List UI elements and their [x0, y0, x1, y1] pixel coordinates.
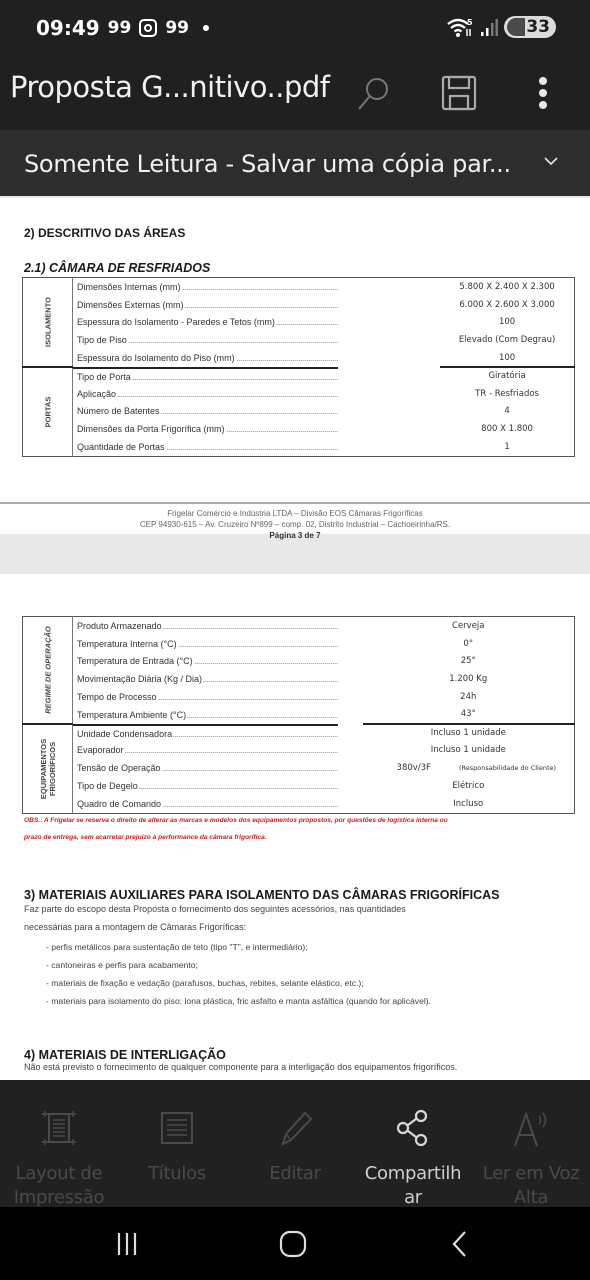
spec-label: Produto Armazenado .....................…: [73, 617, 338, 635]
spec-label: Espessura do Isolamento - Paredes e Teto…: [73, 314, 338, 332]
read-only-banner[interactable]: Somente Leitura - Salvar uma cópia par..…: [0, 130, 590, 196]
status-left: 09:49 99 99: [36, 16, 209, 40]
spec-value: Elevado (Com Degrau): [440, 331, 574, 349]
spec-value: Cerveja: [363, 617, 575, 635]
spec-label: Número de Batentes......................…: [73, 403, 338, 421]
tool-label: Compartilhar: [365, 1162, 461, 1210]
spec-value: 43°: [363, 706, 575, 724]
spec-label: Movimentação Diária (Kg / Dia)..........…: [73, 670, 338, 688]
spec-value: Incluso 1 unidade: [363, 724, 575, 742]
list-item: - materiais de fixação e vedação (parafu…: [46, 974, 431, 992]
save-button[interactable]: [434, 68, 484, 118]
table-row: REGIME DE OPERAÇÃOProduto Armazenado ...…: [23, 617, 575, 635]
spec-value: 5.800 X 2.400 X 2.300: [440, 278, 574, 296]
spec-label: Tipo de Degelo..........................…: [73, 777, 338, 795]
spec-value: Incluso 1 unidade: [363, 742, 575, 760]
group-side-label: ISOLAMENTO: [23, 278, 73, 367]
subsection-title: 2.1) CÂMARA DE RESFRIADOS: [24, 261, 210, 275]
table-row: EQUIPAMENTOSFRIGORÍFICOSUnidade Condensa…: [23, 724, 575, 742]
section-3-list: - perfis metálicos para sustentação de t…: [46, 938, 431, 1010]
spec-label: Temperatura de Entrada (°C).............…: [73, 653, 338, 671]
group-label: ISOLAMENTO: [43, 297, 52, 347]
save-icon: [439, 73, 479, 113]
more-notifications-dot-icon: [203, 25, 209, 31]
back-button[interactable]: [440, 1227, 480, 1261]
footer-address: CEP 94930-615 – Av. Cruzeiro Nº899 – com…: [0, 519, 590, 530]
page-number: Página 3 de 7: [0, 530, 590, 541]
table-row: Temperatura Interna (°C)................…: [23, 635, 575, 653]
table-row: Espessura do Isolamento do Piso (mm)....…: [23, 349, 575, 367]
table-row: PORTASTipo de Porta ....................…: [23, 367, 575, 385]
bottom-toolbar: Layout deImpressão Títulos Editar: [0, 1080, 590, 1207]
more-options-button[interactable]: [518, 68, 568, 118]
share-icon: [393, 1108, 433, 1148]
spec-value: 380v/3F(Responsabilidade do Cliente): [363, 759, 575, 777]
spec-value: 6.000 X 2.600 X 3.000: [440, 296, 574, 314]
list-item: - perfis metálicos para sustentação de t…: [46, 938, 431, 956]
instagram-icon: [139, 19, 157, 37]
table-row: Tempo de Processo.......................…: [23, 688, 575, 706]
spec-value: 24h: [363, 688, 575, 706]
home-icon: [279, 1230, 307, 1258]
share-button[interactable]: Compartilhar: [354, 1080, 472, 1207]
signal-icon: [480, 17, 498, 37]
app-bar: Proposta G...nitivo..pdf: [0, 58, 590, 130]
headings-button[interactable]: Títulos: [118, 1080, 236, 1207]
back-icon: [450, 1230, 470, 1258]
list-item: - cantoneiras e perfis para acabamento;: [46, 956, 431, 974]
spec-label: Tipo de Piso............................…: [73, 331, 338, 349]
table-row: Quantidade de Portas....................…: [23, 438, 575, 456]
tool-label: Títulos: [148, 1162, 206, 1186]
group-label: REGIME DE OPERAÇÃO: [43, 626, 52, 714]
status-bar: 09:49 99 99 5 33: [0, 0, 590, 58]
spec-label: Tipo de Porta ..........................…: [73, 367, 338, 385]
section-title: 2) DESCRITIVO DAS ÁREAS: [24, 226, 185, 240]
section-4-text: Não está previsto o fornecimento de qual…: [24, 1058, 457, 1076]
spec-label: Dimensões Internas (mm).................…: [73, 278, 338, 296]
spec-value: 0°: [363, 635, 575, 653]
table-row: Espessura do Isolamento - Paredes e Teto…: [23, 314, 575, 332]
tool-label: Editar: [269, 1162, 321, 1186]
pdf-page-3: 2) DESCRITIVO DAS ÁREAS 2.1) CÂMARA DE R…: [0, 198, 590, 534]
print-layout-button[interactable]: Layout deImpressão: [0, 1080, 118, 1207]
clock: 09:49: [36, 16, 100, 40]
document-title: Proposta G...nitivo..pdf: [10, 70, 329, 104]
read-aloud-icon: [509, 1108, 553, 1148]
spec-label: Quantidade de Portas....................…: [73, 438, 338, 456]
home-button[interactable]: [273, 1227, 313, 1261]
search-button[interactable]: [348, 68, 398, 118]
wifi-icon: 5: [446, 16, 474, 38]
print-layout-icon: [39, 1108, 79, 1148]
group-label: PORTAS: [43, 397, 52, 428]
table-row: Temperatura de Entrada (°C).............…: [23, 653, 575, 671]
pdf-page-4: REGIME DE OPERAÇÃOProduto Armazenado ...…: [0, 574, 590, 1080]
spec-value: 800 X 1.800: [440, 420, 574, 438]
list-item: - materiais para isolamento do piso: lon…: [46, 992, 431, 1010]
chevron-down-icon[interactable]: [542, 152, 560, 170]
group-side-label: PORTAS: [23, 367, 73, 456]
pdf-viewport[interactable]: 2) DESCRITIVO DAS ÁREAS 2.1) CÂMARA DE R…: [0, 196, 590, 1080]
edit-button[interactable]: Editar: [236, 1080, 354, 1207]
spec-value: 1: [440, 438, 574, 456]
operation-specs-table: REGIME DE OPERAÇÃOProduto Armazenado ...…: [22, 616, 575, 814]
group-label: EQUIPAMENTOSFRIGORÍFICOS: [39, 739, 57, 799]
more-vertical-icon: [537, 73, 549, 113]
table-row: Dimensões da Porta Frigorífica (mm).....…: [23, 420, 575, 438]
edit-pencil-icon: [275, 1108, 315, 1148]
read-only-message: Somente Leitura - Salvar uma cópia par..…: [24, 150, 511, 178]
table-row: ISOLAMENTODimensões Internas (mm).......…: [23, 278, 575, 296]
page-footer: Frigelar Comércio e Indústria LTDA – Div…: [0, 502, 590, 541]
battery-icon: 33: [504, 16, 556, 38]
recents-button[interactable]: [107, 1227, 147, 1261]
search-icon: [353, 73, 393, 113]
table-row: Tensão de Operação......................…: [23, 759, 575, 777]
spec-value: 100: [440, 349, 574, 367]
table-row: Aplicação...............................…: [23, 385, 575, 403]
spec-label: Tempo de Processo.......................…: [73, 688, 338, 706]
system-nav-bar: [0, 1207, 590, 1280]
section-3-intro: Faz parte do escopo desta Proposta o for…: [24, 900, 406, 936]
tool-label: Layout deImpressão: [14, 1162, 104, 1210]
table-row: Movimentação Diária (Kg / Dia)..........…: [23, 670, 575, 688]
spec-value: 4: [440, 403, 574, 421]
footer-company: Frigelar Comércio e Indústria LTDA – Div…: [0, 508, 590, 519]
notification-count: 99: [108, 18, 132, 38]
headings-icon: [157, 1108, 197, 1148]
spec-note: (Responsabilidade do Cliente): [459, 764, 556, 772]
spec-label: Temperatura Interna (°C)................…: [73, 635, 338, 653]
spec-label: Tensão de Operação......................…: [73, 759, 338, 777]
table-row: Tipo de Piso............................…: [23, 331, 575, 349]
status-right: 5 33: [446, 16, 556, 38]
spec-label: Evaporador..............................…: [73, 742, 338, 760]
spec-label: Temperatura Ambiente (°C)...............…: [73, 706, 338, 724]
spec-value: 1.200 Kg: [363, 670, 575, 688]
spec-value: Elétrico: [363, 777, 575, 795]
read-aloud-button[interactable]: Ler em VozAlta: [472, 1080, 590, 1207]
recents-icon: [114, 1231, 140, 1257]
spec-label: Aplicação...............................…: [73, 385, 338, 403]
spec-value: Incluso: [363, 795, 575, 813]
spec-value: 100: [440, 314, 574, 332]
spec-label: Espessura do Isolamento do Piso (mm)....…: [73, 349, 338, 367]
spec-label: Dimensões Externas (mm).................…: [73, 296, 338, 314]
spec-value: TR - Resfriados: [440, 385, 574, 403]
notification-count: 99: [165, 18, 189, 38]
spec-label: Unidade Condensadora....................…: [73, 724, 338, 742]
svg-text:5: 5: [467, 18, 473, 27]
group-side-label: REGIME DE OPERAÇÃO: [23, 617, 73, 724]
spec-value: 25°: [363, 653, 575, 671]
tool-label: Ler em VozAlta: [483, 1162, 580, 1210]
intro-line: Faz parte do escopo desta Proposta o for…: [24, 900, 406, 918]
table-row: Dimensões Externas (mm).................…: [23, 296, 575, 314]
spec-label: Dimensões da Porta Frigorífica (mm).....…: [73, 420, 338, 438]
observation-note: OBS.: A Frigelar se reserva o direito de…: [24, 817, 448, 824]
table-row: Temperatura Ambiente (°C)...............…: [23, 706, 575, 724]
group-side-label: EQUIPAMENTOSFRIGORÍFICOS: [23, 724, 73, 813]
chamber-specs-table: ISOLAMENTODimensões Internas (mm).......…: [22, 277, 575, 457]
table-row: Evaporador..............................…: [23, 742, 575, 760]
table-row: Tipo de Degelo..........................…: [23, 777, 575, 795]
intro-line: necessárias para a montagem de Câmaras F…: [24, 918, 406, 936]
spec-value: Giratória: [440, 367, 574, 385]
table-row: Quadro de Comando.......................…: [23, 795, 575, 813]
observation-note-continued: prazo de entrega, sem acarretar prejuízo…: [24, 834, 267, 841]
table-row: Número de Batentes......................…: [23, 403, 575, 421]
spec-label: Quadro de Comando.......................…: [73, 795, 338, 813]
